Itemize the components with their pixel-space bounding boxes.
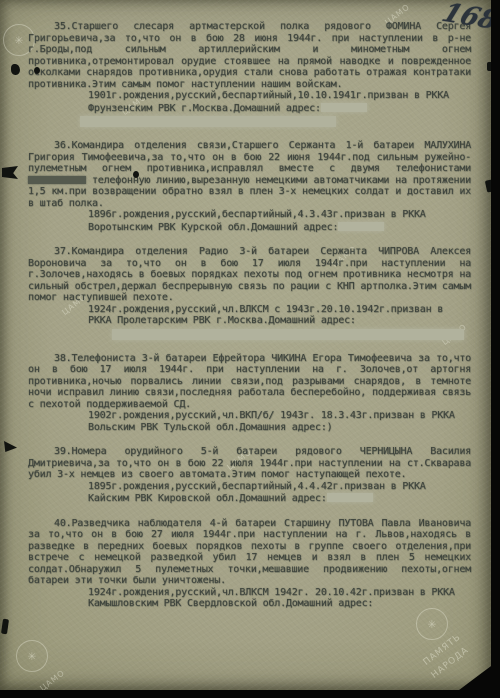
entry-37-bio: 1924г.рождения,русский,чл.ВЛКСМ с 1943г.… (88, 304, 470, 327)
entry-36-citation-part2: телефонную линию,вырезанную немецкими ав… (28, 175, 471, 209)
ink-blot (485, 179, 494, 192)
watermark-camo: ЦАМО (38, 668, 66, 693)
entry-37-citation: 37.Командира отделения Радио 3-й батареи… (28, 246, 471, 304)
entry-36-citation: 36.Командира отделения связи,Старшего Се… (28, 140, 471, 209)
redacted-address-band (112, 329, 464, 340)
entry-39-citation: 39.Номера орудийного 5-й батареи рядовог… (28, 446, 471, 481)
censored-word-box (28, 176, 86, 184)
entry-35-citation: 35.Старшего слесаря артмастерской полка … (28, 21, 471, 90)
redacted-address-box (327, 493, 373, 502)
redacted-address-band (80, 116, 336, 127)
ink-blot (1, 619, 9, 635)
ink-blot (34, 67, 40, 74)
entry-35-bio: 1901г.рождения,русский,беспартийный,10.1… (88, 90, 470, 114)
entry-39-bio: 1895г.рождения,русский,беспартийный,4.4.… (88, 481, 470, 505)
redacted-address-box (338, 222, 384, 231)
redacted-address-box (321, 103, 367, 112)
ink-blot (11, 64, 20, 75)
award-entry-35: 35.Старшего слесаря артмастерской полка … (28, 21, 471, 127)
entry-39-bio-text: 1895г.рождения,русский,беспартийный,4.4.… (88, 481, 426, 505)
document-page: ✳ ЦАМО ЦАМО ЦАМО ЦАМО ЦАМО ЦАМО ЦАМО ✳ ✳… (0, 0, 491, 690)
entry-38-citation: 38.Телефониста 3-й батареи Ефрейтора ЧИК… (28, 353, 471, 411)
award-entry-38: 38.Телефониста 3-й батареи Ефрейтора ЧИК… (28, 353, 471, 434)
scanned-award-document-page: { "page": { "number_handwritten": "168",… (0, 0, 500, 698)
ink-blot (2, 166, 18, 179)
ink-blot (487, 62, 493, 71)
award-entry-36: 36.Командира отделения связи,Старшего Се… (28, 140, 471, 233)
entry-36-bio: 1896г.рождения,русский,беспартийный,4.3.… (88, 209, 470, 233)
entry-36-citation-part1: 36.Командира отделения связи,Старшего Се… (28, 140, 471, 174)
watermark-pamyat-naroda-line1: ПАМЯТЬ (422, 632, 463, 667)
ink-blot (133, 171, 139, 178)
typewritten-text-column: 35.Старшего слесаря артмастерской полка … (28, 21, 471, 623)
entry-40-citation: 40.Разведчика наблюдателя 4-й батареи Ст… (28, 518, 471, 587)
archive-emblem-icon: ✳ (16, 640, 48, 672)
entry-35-bio-text: 1901г.рождения,русский,беспартийный,10.1… (88, 90, 449, 114)
award-entry-40: 40.Разведчика наблюдателя 4-й батареи Ст… (28, 518, 471, 610)
watermark-pamyat-naroda-line2: НАРОДА (430, 645, 471, 680)
award-entry-39: 39.Номера орудийного 5-й батареи рядовог… (28, 446, 471, 505)
entry-38-bio: 1902г.рождения,русский,чл.ВКП/б/ 1943г. … (88, 410, 470, 433)
entry-40-bio: 1924г.рождения,русский,чл.ВЛКСМ 1942г. 2… (88, 587, 470, 610)
award-entry-37: 37.Командира отделения Радио 3-й батареи… (28, 246, 471, 340)
ink-blot (4, 441, 17, 452)
